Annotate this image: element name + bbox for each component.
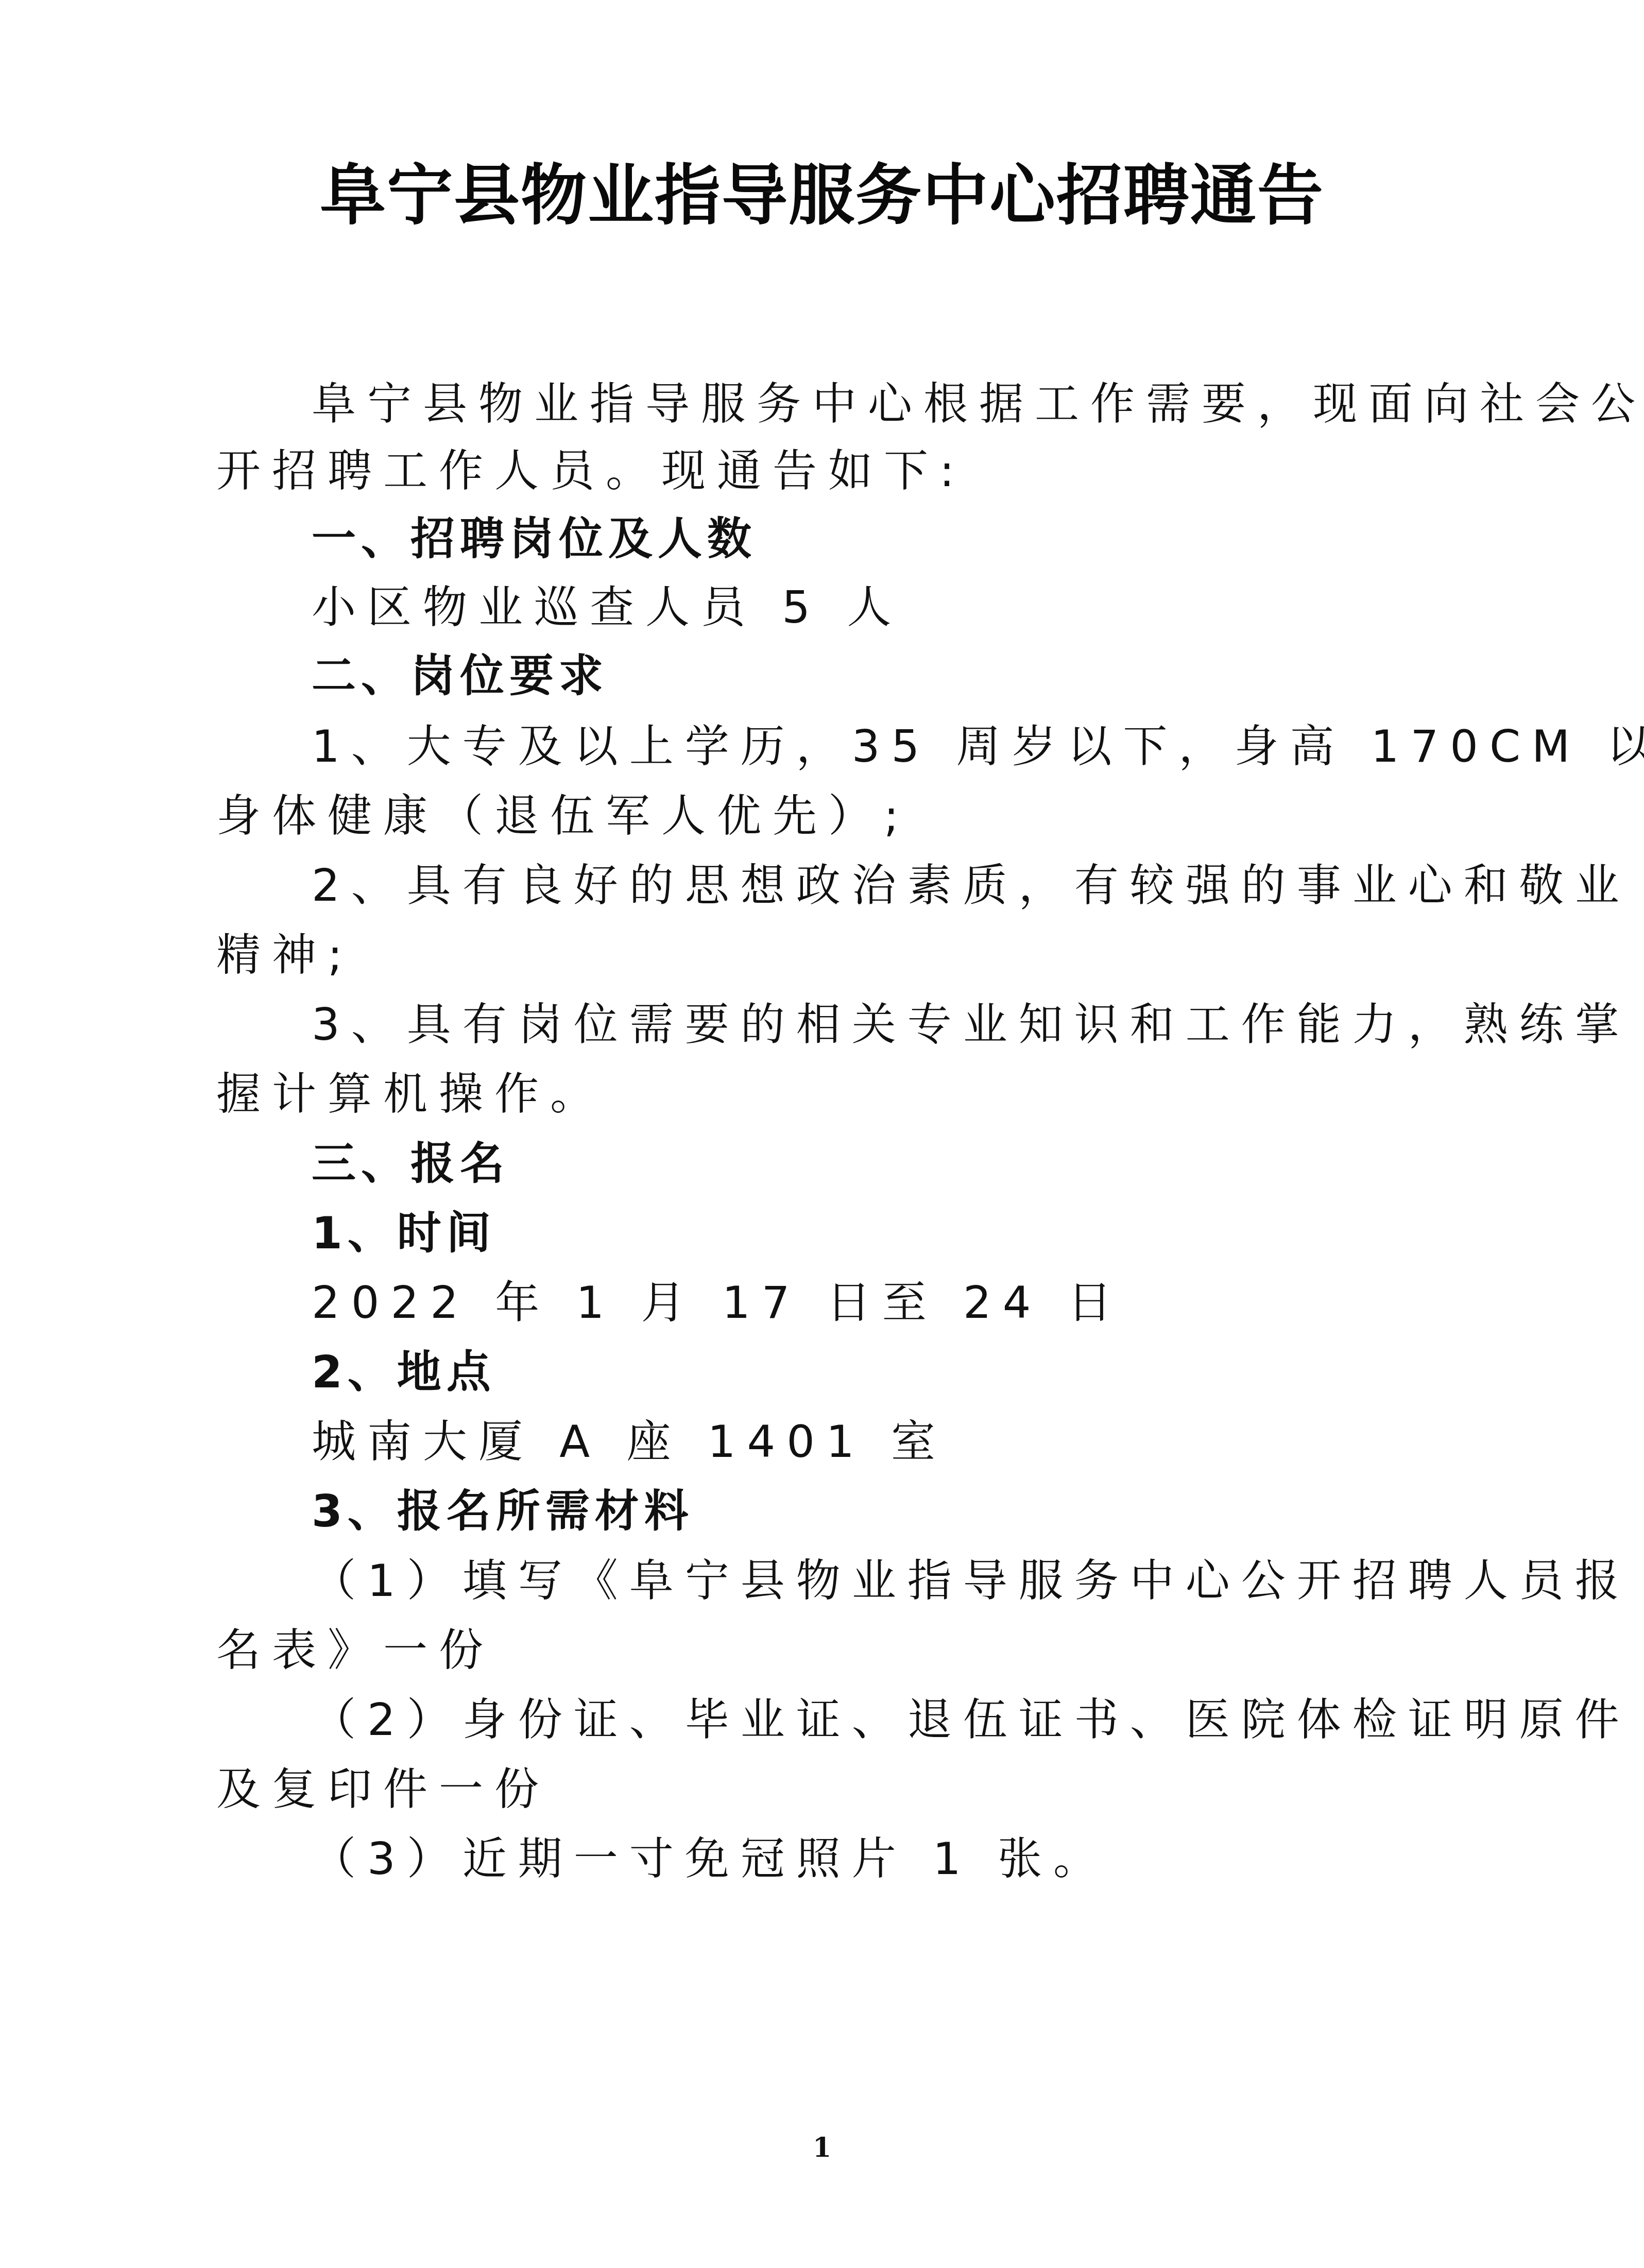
page-title: 阜宁县物业指导服务中心招聘通告 <box>0 154 1644 237</box>
requirement-1-line-1: 1、大专及以上学历，35 周岁以下，身高 170CM 以上， <box>312 718 1644 775</box>
document-page: 阜宁县物业指导服务中心招聘通告 阜宁县物业指导服务中心根据工作需要，现面向社会公… <box>0 0 1644 2268</box>
section-heading-requirements: 二、岗位要求 <box>312 648 608 705</box>
intro-line-1: 阜宁县物业指导服务中心根据工作需要，现面向社会公 <box>312 376 1644 433</box>
location-content: 城南大厦 A 座 1401 室 <box>312 1414 947 1470</box>
material-2-line-1: （2）身份证、毕业证、退伍证书、医院体检证明原件 <box>312 1692 1631 1748</box>
requirement-2-line-2: 精神; <box>216 927 354 984</box>
section-heading-positions: 一、招聘岗位及人数 <box>312 511 757 568</box>
positions-content: 小区物业巡查人员 5 人 <box>312 579 902 636</box>
page-number: 1 <box>0 2132 1644 2163</box>
subheading-materials: 3、报名所需材料 <box>312 1483 694 1540</box>
time-content: 2022 年 1 月 17 日至 24 日 <box>312 1275 1123 1331</box>
material-3-line-1: （3）近期一寸免冠照片 1 张。 <box>312 1831 1109 1887</box>
requirement-2-line-1: 2、具有良好的思想政治素质，有较强的事业心和敬业 <box>312 857 1631 914</box>
requirement-3-line-1: 3、具有岗位需要的相关专业知识和工作能力，熟练掌 <box>312 996 1631 1053</box>
requirement-3-line-2: 握计算机操作。 <box>216 1066 606 1123</box>
intro-line-2: 开招聘工作人员。现通告如下: <box>216 443 966 500</box>
material-1-line-1: （1）填写《阜宁县物业指导服务中心公开招聘人员报 <box>312 1553 1631 1609</box>
material-1-line-2: 名表》一份 <box>216 1622 494 1679</box>
section-heading-registration: 三、报名 <box>312 1136 509 1192</box>
material-2-line-2: 及复印件一份 <box>216 1761 550 1818</box>
requirement-1-line-2: 身体健康（退伍军人优先）; <box>216 788 910 845</box>
subheading-location: 2、地点 <box>312 1344 496 1401</box>
subheading-time: 1、时间 <box>312 1205 496 1262</box>
